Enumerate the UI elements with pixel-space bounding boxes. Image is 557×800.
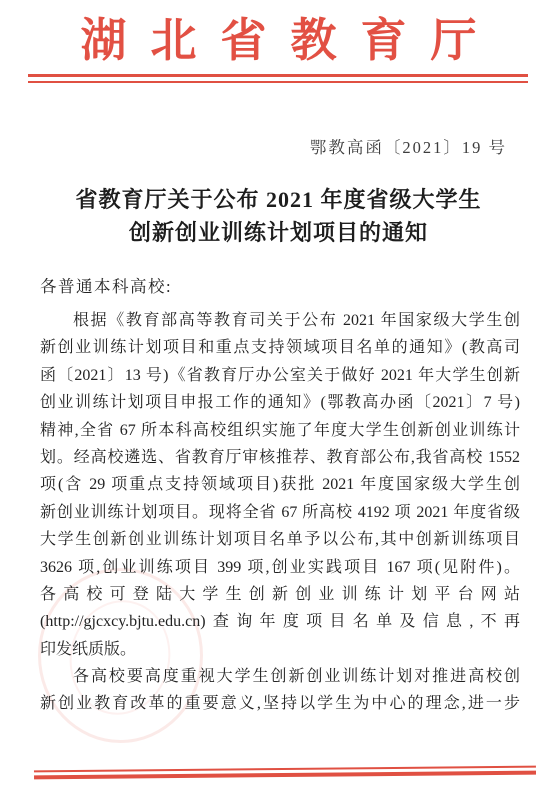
body-text: 根据《教育部高等教育司关于公布 2021 年国家级大学生创 新创业训练计划项目和…	[40, 307, 520, 718]
header-red-rule-thick	[28, 74, 528, 77]
footer-red-rule-thick	[34, 771, 536, 779]
body-line-url: (http://gjcxcy.bjtu.edu.cn)查询年度项目名单及信息,不…	[40, 608, 520, 635]
body-line: 根据《教育部高等教育司关于公布 2021 年国家级大学生创	[40, 307, 520, 334]
body-line: 印发纸质版。	[40, 636, 520, 663]
letterhead-title: 湖北省教育厅	[0, 14, 557, 68]
body-line: 创业训练计划项目申报工作的通知》(鄂教高办函〔2021〕7 号)	[40, 389, 520, 416]
body-line: 3626 项,创业训练项目 399 项,创业实践项目 167 项(见附件)。	[40, 554, 520, 581]
notice-title-line-2: 创新创业训练计划项目的通知	[0, 216, 557, 249]
document-reference-number: 鄂教高函〔2021〕19 号	[310, 134, 507, 158]
salutation: 各普通本科高校:	[40, 273, 172, 297]
body-line-website: 各高校可登陆大学生创新创业训练计划平台网站	[40, 581, 520, 608]
body-line: 新创业训练计划项目。现将全省 67 所高校 4192 项 2021 年度省级	[40, 499, 520, 526]
body-line: 精神,全省 67 所本科高校组织实施了年度大学生创新创业训练计	[40, 417, 520, 444]
document-page: 湖北省教育厅 鄂教高函〔2021〕19 号 省教育厅关于公布 2021 年度省级…	[0, 0, 557, 800]
body-line: 划。经高校遴选、省教育厅审核推荐、教育部公布,我省高校 1552	[40, 444, 520, 471]
footer-red-rules	[34, 764, 536, 783]
header-red-rule-thin	[28, 81, 528, 83]
body-line: 各高校要高度重视大学生创新创业训练计划对推进高校创	[40, 663, 520, 690]
notice-title-line-1: 省教育厅关于公布 2021 年度省级大学生	[0, 183, 557, 216]
body-line: 新创业教育改革的重要意义,坚持以学生为中心的理念,进一步	[40, 690, 520, 717]
body-line: 大学生创新创业训练计划项目名单予以公布,其中创新训练项目	[40, 526, 520, 553]
body-line: 函〔2021〕13 号)《省教育厅办公室关于做好 2021 年大学生创新	[40, 362, 520, 389]
body-line: 新创业训练计划项目和重点支持领域项目名单的通知》(教高司	[40, 334, 520, 361]
notice-title: 省教育厅关于公布 2021 年度省级大学生 创新创业训练计划项目的通知	[0, 183, 557, 249]
body-line: 项(含 29 项重点支持领域项目)获批 2021 年度国家级大学生创	[40, 471, 520, 498]
